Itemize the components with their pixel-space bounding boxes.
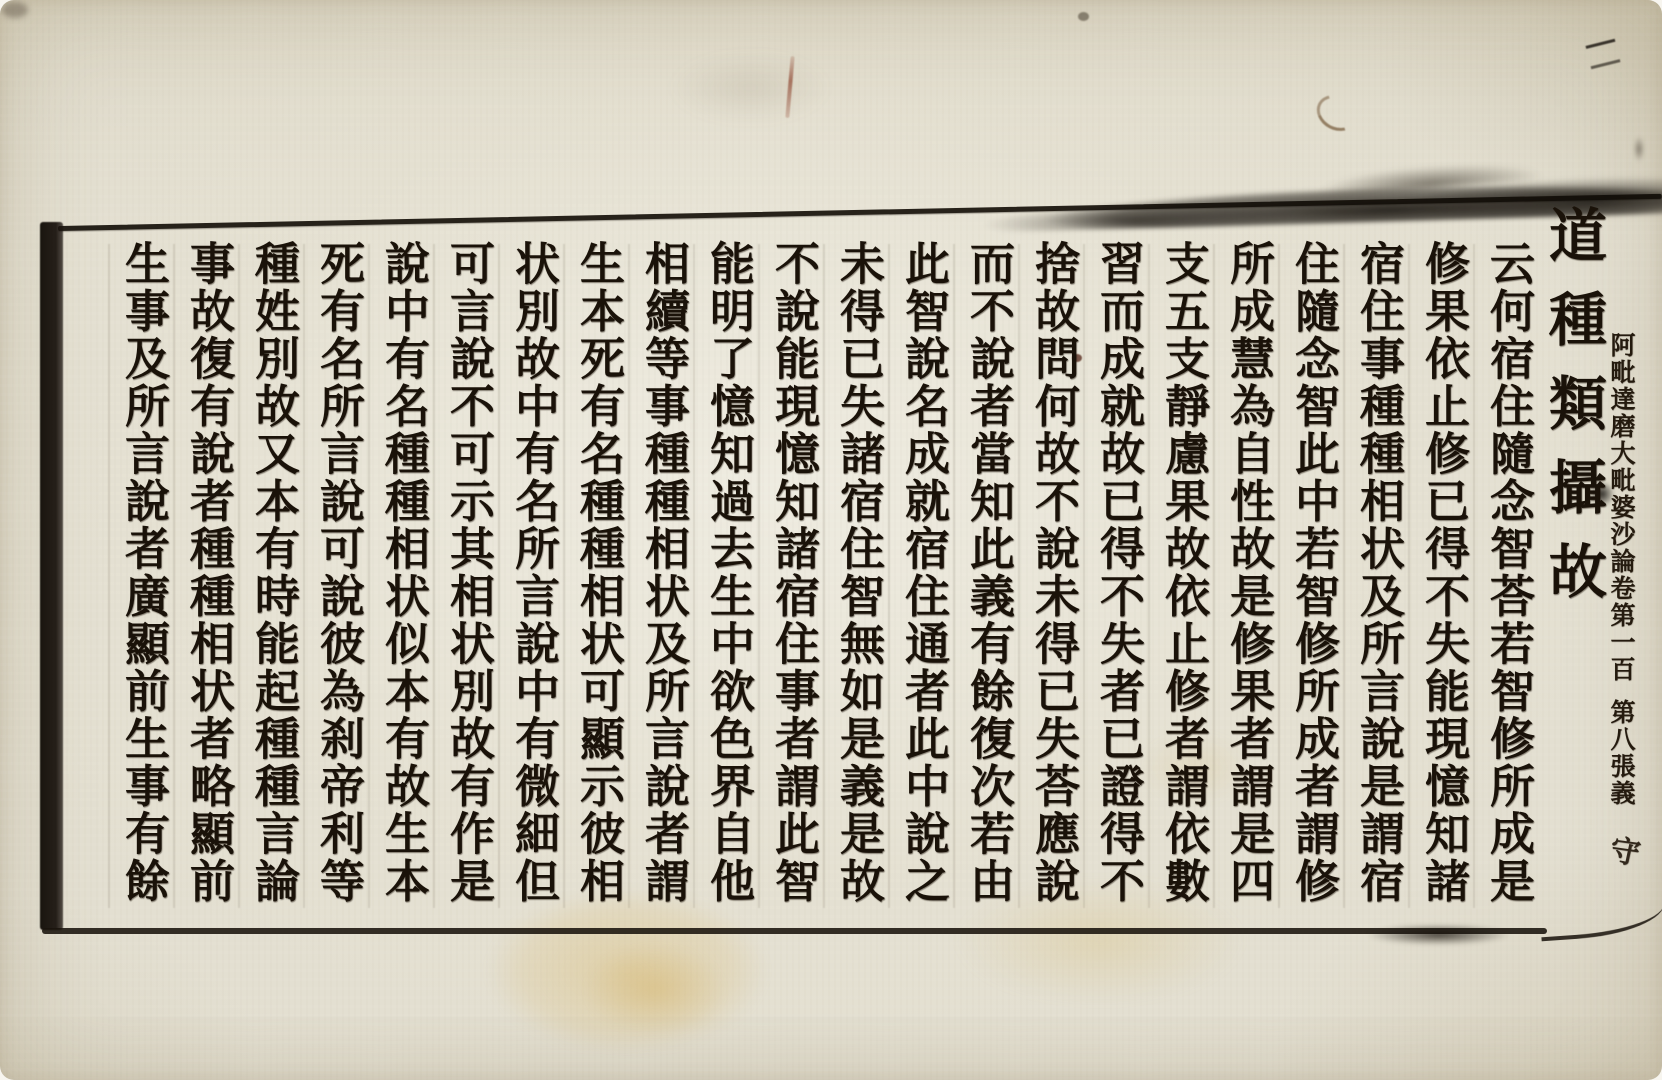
edge-ink-fleck [1632,132,1646,166]
column-rule [238,244,240,908]
text-column-19: 說中有名種種相状似本有故生本 [375,240,431,920]
corner-fleck [2,2,28,18]
volume-margin-label: 阿毗達磨大毗婆沙論卷第一百 第八張 義 守 [1598,332,1644,867]
red-ink-streak [785,56,794,118]
text-column-2: 云何宿住隨念智荅若智修所成是 [1480,240,1536,920]
frame-border-left [40,222,63,930]
column-rule [823,244,825,908]
text-column-20: 死有名所言說可說彼為刹帝利等 [310,240,366,920]
text-column-23: 生事及所言說者廣顯前生事有餘 [115,240,171,920]
text-column-13: 不說能現憶知諸宿住事者謂此智 [765,240,821,920]
carver-mark: 守 [1596,832,1646,869]
column-rule [1343,244,1345,908]
edge-ink-dashes [1586,39,1621,70]
text-column-4: 宿住事種種相状及所言說是謂宿 [1350,240,1406,920]
text-column-18: 可言說不可示其相状別故有作是 [440,240,496,920]
column-rule [758,244,760,908]
scroll-title-label: 阿毗達磨大毗婆沙論卷第一百 [1599,332,1643,683]
text-column-16: 生本死有名種種相状可顯示彼相 [570,240,626,920]
column-rule [368,244,370,908]
text-column-17: 状別故中有名所言說中有微細但 [505,240,561,920]
ink-speck [1078,12,1089,21]
section-heading-column: 道種類攝故 [1541,205,1605,645]
frame-border-bottom-right-hook [1539,889,1662,942]
gray-smudge-top [640,40,860,135]
text-column-22: 事故復有說者種種相状者略顯前 [180,240,236,920]
column-rule [628,244,630,908]
column-rule [1018,244,1020,908]
text-column-14: 能明了憶知過去生中欲色界自他 [700,240,756,920]
text-column-21: 種姓別故又本有時能起種種言論 [245,240,301,920]
water-stain-bottom-center-core [560,930,750,1050]
frame-border-bottom-smudge [1360,925,1535,949]
text-column-9: 捨故問何故不說未得已失荅應說 [1025,240,1081,920]
column-rule [1408,244,1410,908]
column-rule [173,244,175,908]
manuscript-page: 云何宿住隨念智荅若智修所成是修果依止修已得不失能現憶知諸宿住事種種相状及所言說是… [0,0,1662,1080]
column-rule [108,244,110,908]
text-column-5: 住隨念智此中若智修所成者謂修 [1285,240,1341,920]
case-character-label: 義 [1599,780,1643,807]
sheet-number-label: 第八張 [1599,699,1643,780]
column-rule [1083,244,1085,908]
text-column-10: 而不說者當知此義有餘復次若由 [960,240,1016,920]
column-rule [888,244,890,908]
text-column-3: 修果依止修已得不失能現憶知諸 [1415,240,1471,920]
column-rule [433,244,435,908]
text-column-12: 未得已失諸宿住智無如是義是故 [830,240,886,920]
text-column-6: 所成慧為自性故是修果者謂是四 [1220,240,1276,920]
text-column-15: 相續等事種種相状及所言說者謂 [635,240,691,920]
column-rule [498,244,500,908]
frame-border-bottom [42,928,1547,934]
paper-fiber-curl [1310,88,1363,138]
column-rule [1213,244,1215,908]
text-column-7: 支五支靜慮果故依止修者謂依數 [1155,240,1211,920]
column-rule [1148,244,1150,908]
column-rule [303,244,305,908]
column-rule [563,244,565,908]
column-rule [1473,244,1475,908]
text-column-8: 習而成就故已得不失者已證得不 [1090,240,1146,920]
text-column-11: 此智說名成就宿住通者此中說之 [895,240,951,920]
column-rule [693,244,695,908]
column-rule [953,244,955,908]
column-rule [1278,244,1280,908]
